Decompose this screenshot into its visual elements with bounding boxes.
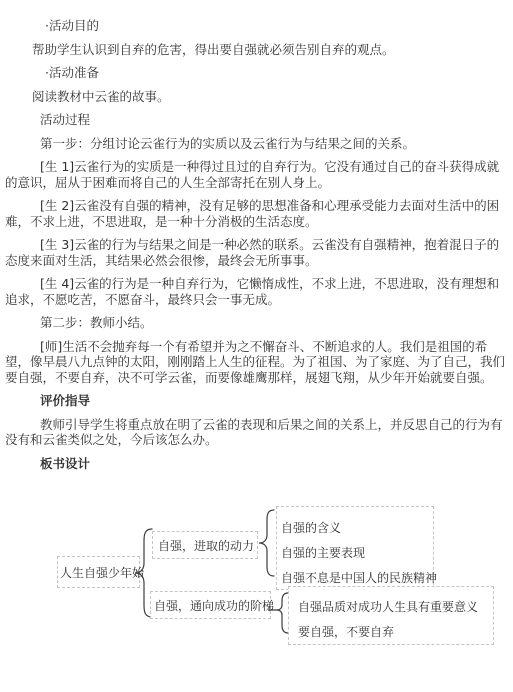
board-leaf-item: 自强的主要表现 <box>281 541 433 566</box>
board-branch1-leaves-box: 自强的含义 自强的主要表现 自强不息是中国人的民族精神 <box>276 506 434 590</box>
board-branch2-box: 自强，通向成功的阶梯 <box>150 591 271 619</box>
board-branch2-leaves-box: 自强品质对成功人生具有重要意义 要自强，不要自弃 <box>288 586 494 645</box>
branch2-brace-connector <box>268 590 290 636</box>
board-leaf-item: 自强的含义 <box>281 516 433 541</box>
board-branch2-label: 自强，通向成功的阶梯 <box>154 597 274 614</box>
board-branch1-box: 自强，进取的动力 <box>152 531 258 559</box>
branch1-brace-connector <box>258 509 275 577</box>
board-design-diagram: 人生自强少年始 自强，进取的动力 自强的含义 自强的主要表现 自强不息是中国人的… <box>0 0 513 692</box>
board-leaf-item: 要自强，不要自弃 <box>298 620 493 645</box>
lesson-plan-page: ·活动目的 帮助学生认识到自弃的危害，得出要自强就必须告别自弃的观点。 ·活动准… <box>0 0 513 692</box>
board-branch1-label: 自强，进取的动力 <box>158 537 254 554</box>
board-leaf-item: 自强品质对成功人生具有重要意义 <box>298 595 493 620</box>
board-root-label: 人生自强少年始 <box>60 564 144 581</box>
board-root-box: 人生自强少年始 <box>57 556 140 588</box>
